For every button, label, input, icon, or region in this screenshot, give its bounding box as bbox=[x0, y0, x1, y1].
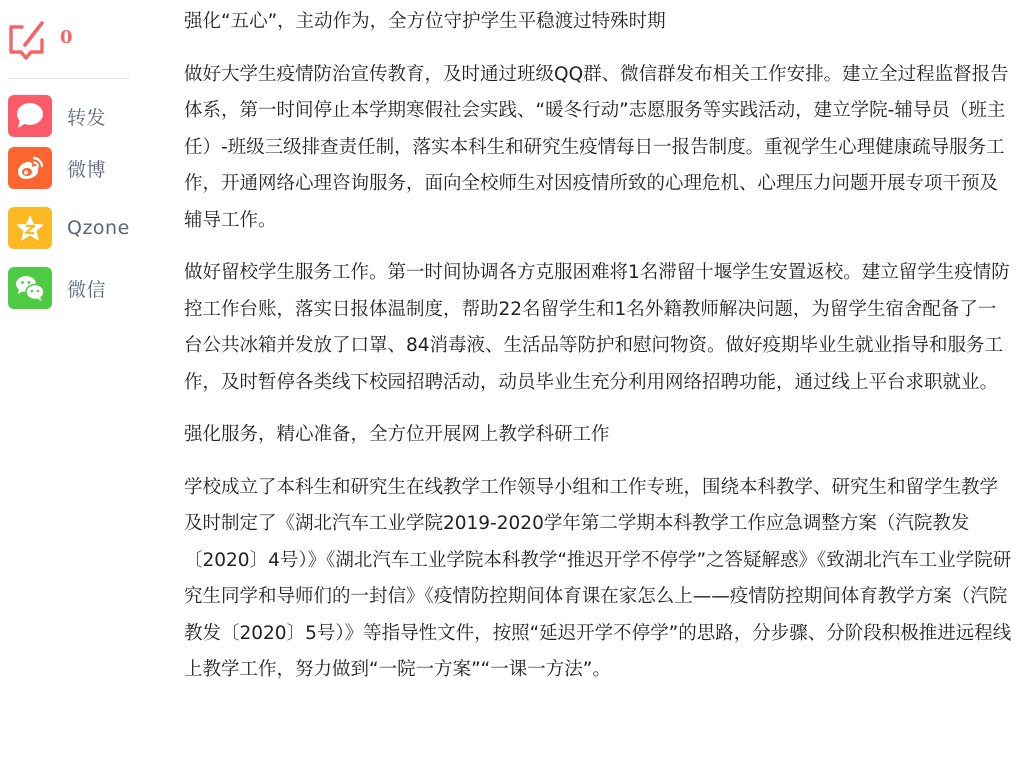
section-heading: 强化“五心”，主动作为，全方位守护学生平稳渡过特殊时期 bbox=[184, 4, 1014, 41]
article-paragraph: 做好大学生疫情防治宣传教育，及时通过班级QQ群、微信群发布相关工作安排。建立全过… bbox=[184, 57, 1014, 240]
qzone-badge bbox=[8, 207, 52, 249]
comment-count: 0 bbox=[60, 27, 73, 48]
share-weibo-label: 微博 bbox=[67, 155, 106, 182]
section-heading: 强化服务，精心准备，全方位开展网上教学科研工作 bbox=[184, 417, 1014, 454]
share-sidebar: 0 转发 微博 Qzo bbox=[8, 0, 130, 79]
share-qzone-button[interactable]: Qzone bbox=[8, 206, 130, 250]
article-body: 强化“五心”，主动作为，全方位守护学生平稳渡过特殊时期 做好大学生疫情防治宣传教… bbox=[184, 0, 1014, 705]
weibo-icon bbox=[14, 153, 46, 183]
share-repost-label: 转发 bbox=[67, 103, 106, 130]
comment-edit-icon bbox=[8, 18, 48, 62]
article-paragraph: 做好留校学生服务工作。第一时间协调各方克服困难将1名滞留十堰学生安置返校。建立留… bbox=[184, 255, 1014, 401]
weibo-badge bbox=[8, 147, 52, 189]
wechat-badge bbox=[8, 267, 52, 309]
share-repost-button[interactable]: 转发 bbox=[8, 94, 106, 138]
wechat-icon bbox=[13, 273, 47, 303]
share-wechat-button[interactable]: 微信 bbox=[8, 266, 106, 310]
divider bbox=[8, 78, 130, 79]
comment-button[interactable]: 0 bbox=[8, 14, 130, 66]
article-paragraph: 学校成立了本科生和研究生在线教学工作领导小组和工作专班，围绕本科教学、研究生和留… bbox=[184, 470, 1014, 689]
share-weibo-button[interactable]: 微博 bbox=[8, 146, 106, 190]
share-wechat-label: 微信 bbox=[67, 275, 106, 302]
repost-badge bbox=[8, 95, 52, 137]
chat-bubble-icon bbox=[14, 101, 46, 131]
share-qzone-label: Qzone bbox=[67, 217, 130, 239]
qzone-star-icon bbox=[14, 213, 46, 243]
